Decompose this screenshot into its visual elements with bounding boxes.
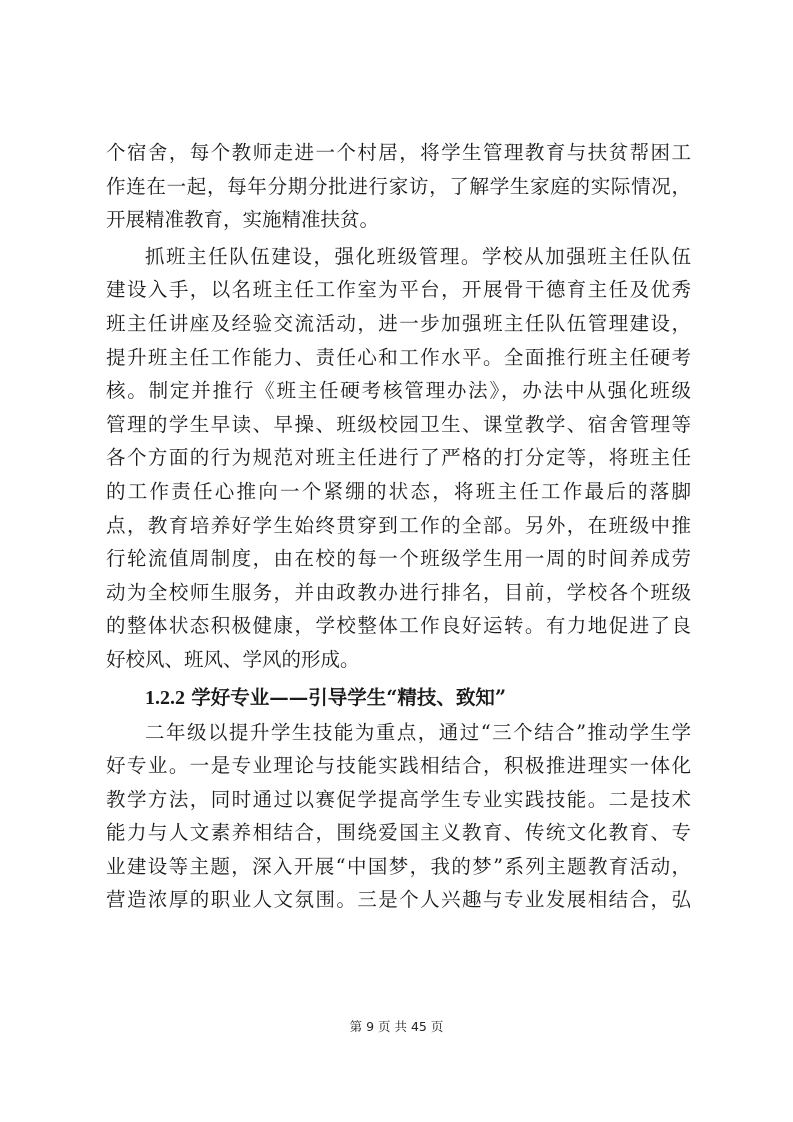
- text-line: 作连在一起，每年分期分批进行家访，了解学生家庭的实际情况，: [106, 170, 691, 204]
- text-line: 动为全校师生服务，并由政教办进行排名，目前，学校各个班级: [106, 576, 691, 610]
- text-line: 的整体状态积极健康，学校整体工作良好运转。有力地促进了良: [106, 609, 691, 643]
- text-line: 能力与人文素养相结合，围绕爱国主义教育、传统文化教育、专: [106, 816, 691, 850]
- text-line: 的工作责任心推向一个紧绷的状态，将班主任工作最后的落脚: [106, 475, 691, 509]
- section-title: 学好专业——引导学生“精技、致知”: [191, 686, 506, 709]
- text-line: 行轮流值周制度，由在校的每一个班级学生用一周的时间养成劳: [106, 542, 691, 576]
- text-line: 各个方面的行为规范对班主任进行了严格的打分定等，将班主任: [106, 441, 691, 475]
- page-number: 第 9 页 共 45 页: [350, 1019, 444, 1034]
- text-line: 建设入手，以名班主任工作室为平台，开展骨干德育主任及优秀: [106, 273, 691, 307]
- text-line: 好校风、班风、学风的形成。: [106, 643, 691, 677]
- text-line: 好专业。一是专业理论与技能实践相结合，积极推进理实一体化: [106, 749, 691, 783]
- document-page: 个宿舍，每个教师走进一个村居，将学生管理教育与扶贫帮困工 作连在一起，每年分期分…: [0, 0, 793, 1122]
- text-line: 班主任讲座及经验交流活动，进一步加强班主任队伍管理建设，: [106, 307, 691, 341]
- paragraph-3: 二年级以提升学生技能为重点，通过“三个结合”推动学生学 好专业。一是专业理论与技…: [106, 716, 691, 918]
- text-line: 营造浓厚的职业人文氛围。三是个人兴趣与专业发展相结合，弘: [106, 883, 691, 917]
- section-heading: 1.2.2 学好专业——引导学生“精技、致知”: [106, 680, 691, 716]
- section-number: 1.2.2: [145, 687, 185, 709]
- text-line: 业建设等主题，深入开展“中国梦，我的梦”系列主题教育活动，: [106, 850, 691, 884]
- text-line: 抓班主任队伍建设，强化班级管理。学校从加强班主任队伍: [106, 240, 691, 274]
- text-line: 核。制定并推行《班主任硬考核管理办法》，办法中从强化班级: [106, 374, 691, 408]
- text-line: 个宿舍，每个教师走进一个村居，将学生管理教育与扶贫帮困工: [106, 136, 691, 170]
- page-footer: 第 9 页 共 45 页: [0, 1017, 793, 1035]
- text-line: 提升班主任工作能力、责任心和工作水平。全面推行班主任硬考: [106, 341, 691, 375]
- text-line: 二年级以提升学生技能为重点，通过“三个结合”推动学生学: [106, 716, 691, 750]
- paragraph-2: 抓班主任队伍建设，强化班级管理。学校从加强班主任队伍 建设入手，以名班主任工作室…: [106, 240, 691, 677]
- text-line: 开展精准教育，实施精准扶贫。: [106, 203, 691, 237]
- text-line: 点，教育培养好学生始终贯穿到工作的全部。另外，在班级中推: [106, 509, 691, 543]
- text-line: 管理的学生早读、早操、班级校园卫生、课堂教学、宿舍管理等: [106, 408, 691, 442]
- paragraph-1: 个宿舍，每个教师走进一个村居，将学生管理教育与扶贫帮困工 作连在一起，每年分期分…: [106, 136, 691, 237]
- body-text: 个宿舍，每个教师走进一个村居，将学生管理教育与扶贫帮困工 作连在一起，每年分期分…: [106, 136, 691, 917]
- text-line: 教学方法，同时通过以赛促学提高学生专业实践技能。二是技术: [106, 783, 691, 817]
